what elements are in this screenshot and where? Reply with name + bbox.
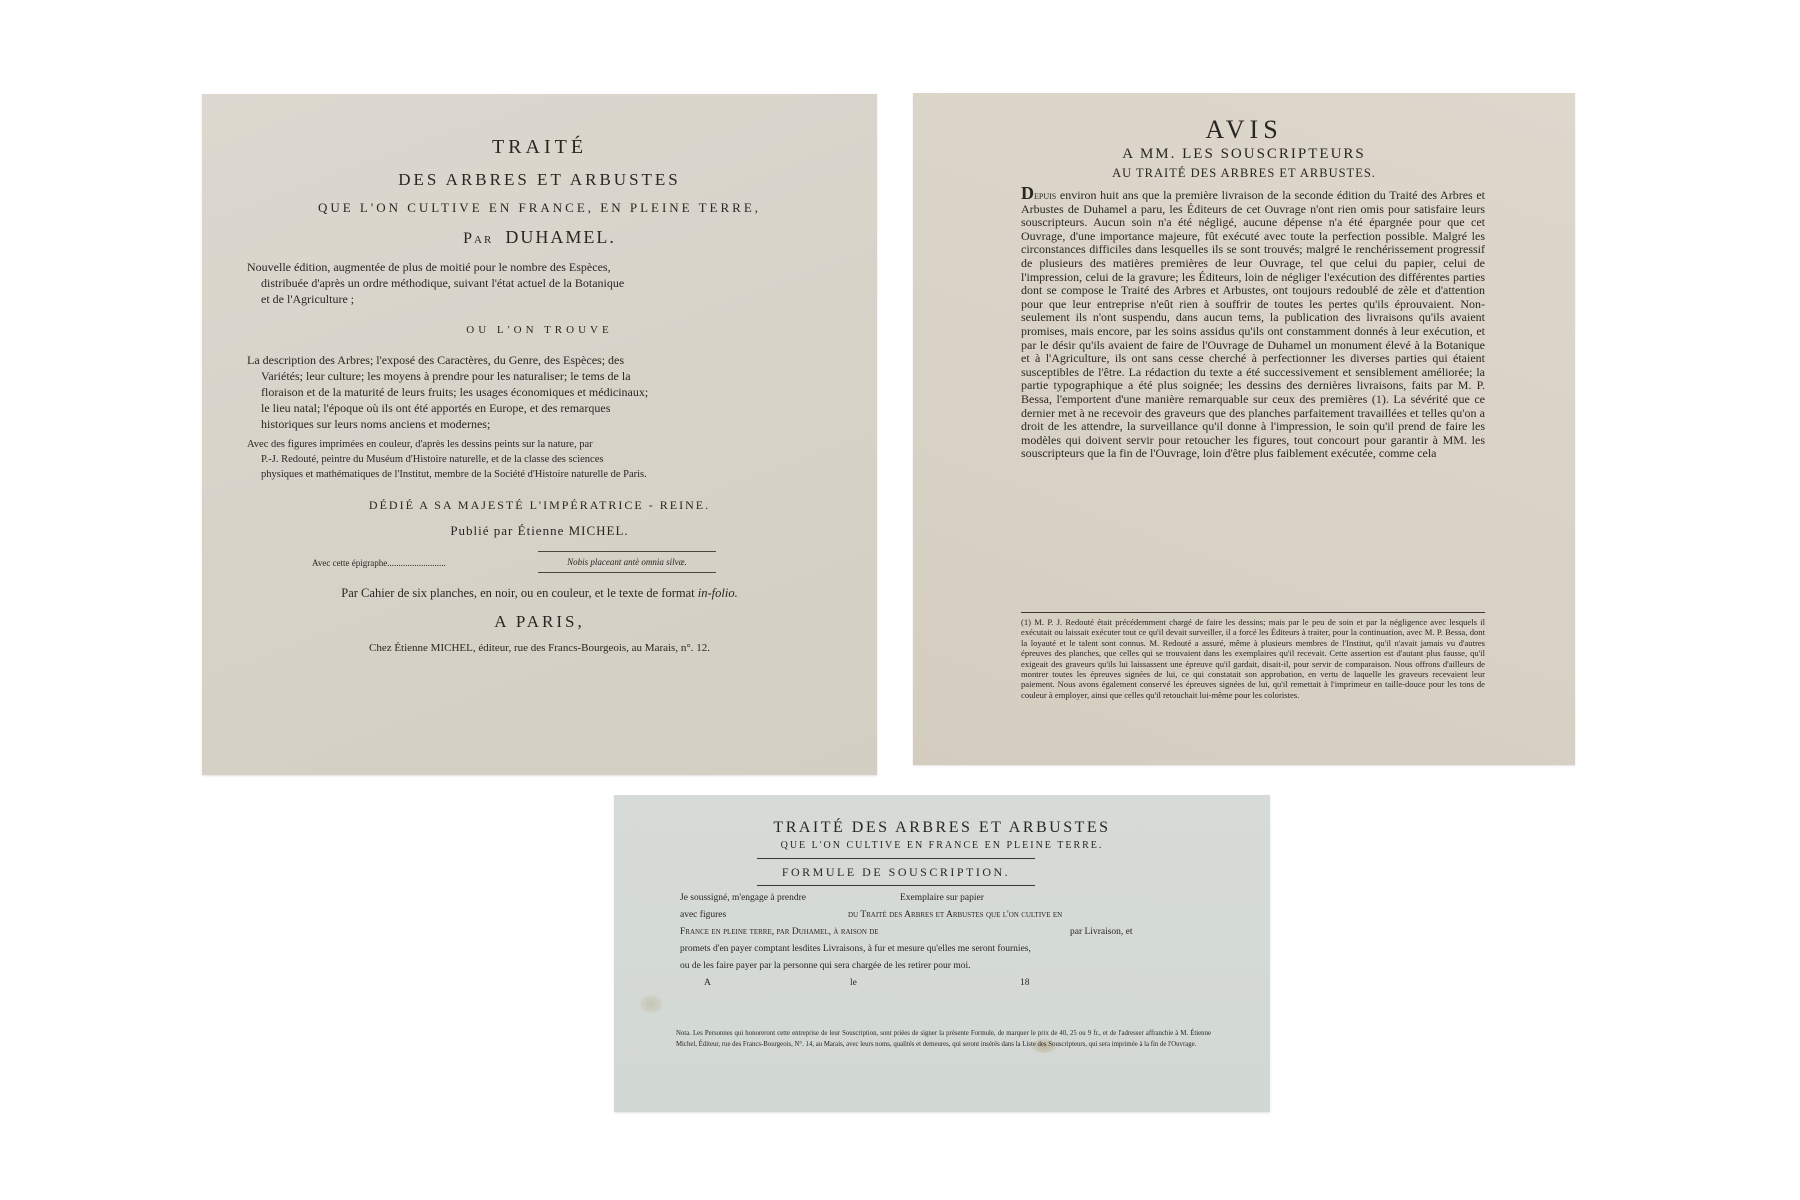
figures-paragraph: Avec des figures imprimées en couleur, d… [247,437,827,482]
form-nota: Nota. Les Personnes qui honoreront cette… [676,1029,1211,1050]
form-line-text: avec figures [680,907,726,924]
title-page-subtitle: DES ARBRES ET ARBUSTES [202,170,877,190]
form-heading: FORMULE DE SOUSCRIPTION. [757,858,1035,886]
cahier-text: Par Cahier de six planches, en noir, ou … [341,586,698,600]
avis-footnote: (1) M. P. J. Redouté était précédemment … [1021,617,1485,700]
title-page-author: Par DUHAMEL. [202,227,877,248]
city: A PARIS, [202,612,877,632]
form-line-text: Exemplaire sur papier [900,890,984,907]
form-line: avec figures du Traité des Arbres et Arb… [680,907,1200,924]
edition-line: Nouvelle édition, augmentée de plus de m… [247,260,611,274]
edition-line: et de l'Agriculture ; [247,291,827,307]
author-prefix: Par [463,230,493,247]
figures-line: Avec des figures imprimées en couleur, d… [247,439,593,450]
form-body: Je soussigné, m'engage à prendre Exempla… [680,890,1200,992]
epigraph-block: Avec cette épigraphe....................… [312,549,802,575]
contents-line: La description des Arbres; l'exposé des … [247,353,624,367]
footnote-divider [1021,612,1485,613]
form-line-text: du Traité des Arbres et Arbustes que l'o… [848,907,1062,924]
form-date-line: A le 18 [680,975,1200,992]
edition-line: distribuée d'après un ordre méthodique, … [247,275,827,291]
form-title: TRAITÉ DES ARBRES ET ARBUSTES [614,819,1270,837]
figures-line: P.-J. Redouté, peintre du Muséum d'Histo… [247,452,827,467]
title-page-document: TRAITÉ DES ARBRES ET ARBUSTES QUE L'ON C… [202,94,877,775]
contents-line: Variétés; leur culture; les moyens à pre… [247,368,827,384]
avis-subtitle: A MM. LES SOUSCRIPTEURS [913,146,1575,163]
drop-cap: D [1021,183,1034,203]
form-line: France en pleine terre, par Duhamel, à r… [680,924,1200,941]
paper-stain [640,995,662,1013]
avis-document: AVIS A MM. LES SOUSCRIPTEURS AU TRAITÉ D… [913,93,1575,765]
form-line-text: France en pleine terre, par Duhamel, à r… [680,924,879,941]
epigraph-label: Avec cette épigraphe....................… [312,558,446,568]
ou-lon-trouve: OU L'ON TROUVE [202,324,877,336]
form-line: ou de les faire payer par la personne qu… [680,958,1200,975]
avis-title: AVIS [913,115,1575,145]
cahier-line: Par Cahier de six planches, en noir, ou … [232,586,847,601]
epigraph-quote: Nobis placeant antè omnia silvæ. [538,551,716,573]
subscription-form-document: TRAITÉ DES ARBRES ET ARBUSTES QUE L'ON C… [614,795,1270,1112]
contents-paragraph: La description des Arbres; l'exposé des … [247,352,827,432]
form-line-text: Je soussigné, m'engage à prendre [680,890,806,907]
cahier-format: in-folio. [698,586,738,600]
form-subtitle: QUE L'ON CULTIVE EN FRANCE EN PLEINE TER… [614,840,1270,851]
contents-line: le lieu natal; l'époque où ils ont été a… [247,400,827,416]
publisher-address: Chez Étienne MICHEL, éditeur, rue des Fr… [232,642,847,654]
dedication: DÉDIÉ A SA MAJESTÉ L'IMPÉRATRICE - REINE… [202,498,877,513]
place-label: A [704,975,711,992]
avis-body-text: environ huit ans que la première livrais… [1021,188,1485,460]
form-line: promets d'en payer comptant lesdites Liv… [680,941,1200,958]
figures-line: physiques et mathématiques de l'Institut… [247,467,827,482]
title-page-title: TRAITÉ [202,136,877,159]
author-name: DUHAMEL. [505,227,616,247]
avis-subtitle-2: AU TRAITÉ DES ARBRES ET ARBUSTES. [913,166,1575,181]
avis-body-start: epuis [1034,188,1056,202]
form-line-text: par Livraison, et [1070,924,1133,941]
form-line: Je soussigné, m'engage à prendre Exempla… [680,890,1200,907]
title-page-subtitle-2: QUE L'ON CULTIVE EN FRANCE, EN PLEINE TE… [202,200,877,216]
avis-body: Depuis environ huit ans que la première … [1021,187,1485,461]
edition-paragraph: Nouvelle édition, augmentée de plus de m… [247,259,827,307]
published-by: Publié par Étienne MICHEL. [202,523,877,539]
contents-line: historiques sur leurs noms anciens et mo… [247,416,827,432]
date-label: le [850,975,857,992]
contents-line: floraison et de la maturité de leurs fru… [247,384,827,400]
year-label: 18 [1020,975,1030,992]
